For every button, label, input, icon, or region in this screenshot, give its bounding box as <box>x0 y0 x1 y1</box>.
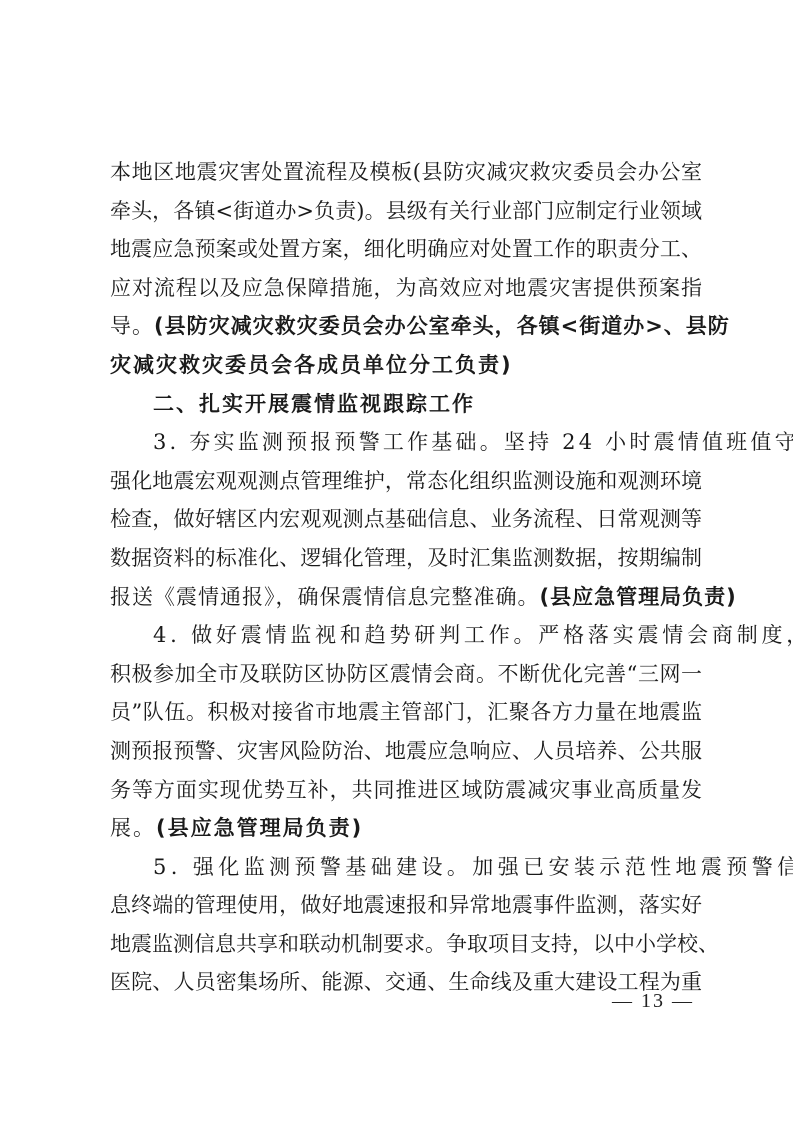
item-4-line: 4. 做好震情监视和趋势研判工作。严格落实震情会商制度， <box>110 616 702 655</box>
item-4-line: 务等方面实现优势互补，共同推进区域防震减灾事业高质量发 <box>110 771 702 810</box>
item-3-line: 报送《震情通报》，确保震情信息完整准确。(县应急管理局负责) <box>110 578 702 617</box>
text-line: 牵头，各镇<街道办>负责)。县级有关行业部门应制定行业领域 <box>110 192 702 231</box>
item-5-line: 息终端的管理使用，做好地震速报和异常地震事件监测，落实好 <box>110 886 702 925</box>
responsible-party: (县应急管理局负责) <box>156 816 363 840</box>
text-normal: 展。 <box>110 816 156 840</box>
item-3-line: 强化地震宏观观测点管理维护，常态化组织监测设施和观测环境 <box>110 462 702 501</box>
responsible-party: 灾减灾救灾委员会各成员单位分工负责) <box>110 353 513 377</box>
text-line: 本地区地震灾害处置流程及模板(县防灾减灾救灾委员会办公室 <box>110 153 702 192</box>
text-normal: 导。 <box>110 314 154 338</box>
text-line: 地震应急预案或处置方案，细化明确应对处置工作的职责分工、 <box>110 230 702 269</box>
item-4-line: 员”队伍。积极对接省市地震主管部门，汇聚各方力量在地震监 <box>110 693 702 732</box>
item-3-line: 3. 夯实监测预报预警工作基础。坚持 24 小时震情值班值守， <box>110 423 702 462</box>
document-body: 本地区地震灾害处置流程及模板(县防灾减灾救灾委员会办公室 牵头，各镇<街道办>负… <box>110 153 702 1002</box>
text-line: 应对流程以及应急保障措施，为高效应对地震灾害提供预案指 <box>110 269 702 308</box>
item-4-line: 展。(县应急管理局负责) <box>110 809 702 848</box>
text-line: 灾减灾救灾委员会各成员单位分工负责) <box>110 346 702 385</box>
responsible-party: (县应急管理局负责) <box>540 585 737 609</box>
item-4-line: 测预报预警、灾害风险防治、地震应急响应、人员培养、公共服 <box>110 732 702 771</box>
responsible-party: (县防灾减灾救灾委员会办公室牵头，各镇<街道办>、县防 <box>154 314 730 338</box>
item-3-line: 数据资料的标准化、逻辑化管理，及时汇集监测数据，按期编制 <box>110 539 702 578</box>
item-3-line: 检查，做好辖区内宏观观测点基础信息、业务流程、日常观测等 <box>110 500 702 539</box>
item-5-line: 地震监测信息共享和联动机制要求。争取项目支持，以中小学校、 <box>110 925 702 964</box>
item-5-line: 5. 强化监测预警基础建设。加强已安装示范性地震预警信 <box>110 848 702 887</box>
text-line: 导。(县防灾减灾救灾委员会办公室牵头，各镇<街道办>、县防 <box>110 307 702 346</box>
section-heading: 二、扎实开展震情监视跟踪工作 <box>110 385 702 424</box>
text-normal: 报送《震情通报》，确保震情信息完整准确。 <box>110 585 540 609</box>
item-4-line: 积极参加全市及联防区协防区震情会商。不断优化完善“三网一 <box>110 655 702 694</box>
page-number: — 13 — <box>612 990 694 1013</box>
